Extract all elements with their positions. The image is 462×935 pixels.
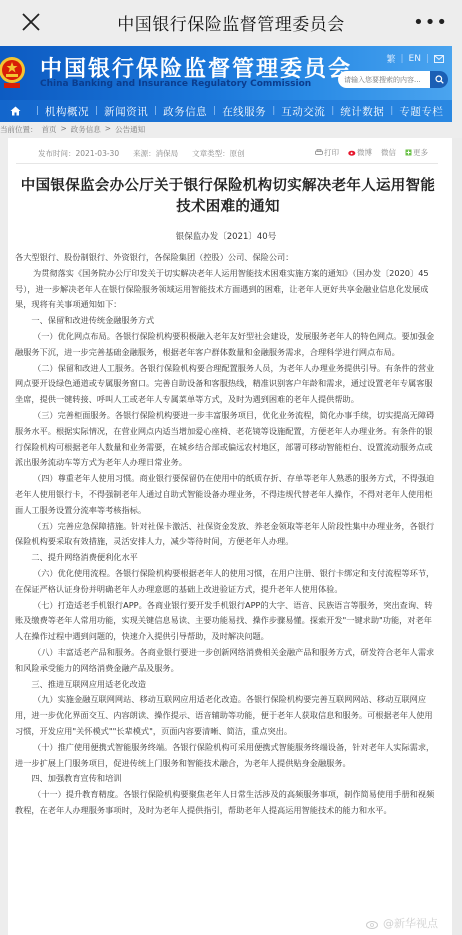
more-share-button[interactable]: 更多: [405, 147, 428, 158]
article-paragraph: 为贯彻落实《国务院办公厅印发关于切实解决老年人运用智能技术困难实施方案的通知》（…: [15, 266, 435, 313]
section-heading: 四、加强教育宣传和培训: [15, 771, 435, 787]
share-bar: 打印 微博 微信 更多: [315, 147, 428, 158]
breadcrumb-home[interactable]: 首页: [42, 124, 57, 135]
weibo-icon: [348, 149, 356, 156]
language-switcher: 繁 | EN |: [386, 52, 444, 65]
breadcrumb: 当前位置： 首页 > 政务信息 > 公告通知: [0, 124, 145, 135]
nav-item-online-services[interactable]: 在线服务: [222, 104, 266, 119]
article-paragraph: （五）完善应急保障措施。针对社保卡激活、社保资金发放、养老金领取等老年人阶段性集…: [15, 519, 435, 551]
nav-item-interaction[interactable]: 互动交流: [281, 104, 325, 119]
breadcrumb-government-info[interactable]: 政务信息: [71, 124, 101, 135]
nav-item-news[interactable]: 新闻资讯: [104, 104, 148, 119]
close-icon[interactable]: [18, 9, 44, 35]
section-heading: 二、提升网络消费便利化水平: [15, 550, 435, 566]
more-label: 更多: [413, 147, 428, 158]
site-name-en: China Banking and Insurance Regulatory C…: [40, 79, 311, 89]
article-panel: 发布时间：2021-03-30 来源：消保局 文章类型：原创 打印 微博 微信 …: [8, 138, 452, 935]
article-paragraph: （八）丰富适老产品和服务。各商业银行要进一步创新网络消费相关金融产品和服务方式，…: [15, 645, 435, 677]
weibo-label: 微博: [357, 147, 372, 158]
article-paragraph: （一）优化网点布局。各银行保险机构要积极融入老年友好型社会建设，发展服务老年人的…: [15, 329, 435, 361]
app-bar-title: 中国银行保险监督管理委员会: [117, 10, 345, 35]
lang-separator: |: [426, 54, 429, 64]
page-scrollbar[interactable]: [452, 138, 462, 935]
article-paragraph: （十一）提升教育精度。各银行保险机构要聚焦老年人日常生活涉及的高频服务事项，制作…: [15, 787, 435, 819]
search-icon: [435, 75, 444, 84]
mail-icon[interactable]: [434, 55, 444, 63]
weibo-watermark-icon: [366, 918, 380, 929]
breadcrumb-sep: >: [105, 124, 111, 135]
search-input[interactable]: [338, 71, 430, 88]
divider: [16, 163, 438, 164]
main-nav: | 机构概况 | 新闻资讯 | 政务信息 | 在线服务 | 互动交流 | 统计数…: [0, 100, 452, 122]
document-number: 银保监办发〔2021〕40号: [8, 230, 444, 242]
plus-icon: [405, 149, 412, 156]
nav-divider: |: [384, 106, 399, 116]
publish-date: 发布时间：2021-03-30: [38, 148, 119, 159]
article-paragraph: （九）实施金融互联网网站、移动互联网应用适老化改造。各银行保险机构要完善互联网网…: [15, 692, 435, 739]
breadcrumb-label: 当前位置：: [0, 124, 38, 135]
nav-divider: |: [89, 106, 104, 116]
site-search: [338, 71, 448, 88]
printer-icon: [315, 149, 323, 156]
watermark: @新华视点: [366, 915, 438, 931]
section-heading: 三、推进互联网应用适老化改造: [15, 677, 435, 693]
nav-home[interactable]: [0, 106, 30, 116]
nav-item-about[interactable]: 机构概况: [45, 104, 89, 119]
article-paragraph: （四）尊重老年人使用习惯。商业银行要保留仍在使用中的纸质存折、存单等老年人熟悉的…: [15, 471, 435, 518]
article-body: 各大型银行、股份制银行、外资银行，各保险集团（控股）公司、保险公司：为贯彻落实《…: [15, 250, 435, 819]
nav-divider: |: [30, 106, 45, 116]
site-header: 中国银行保险监督管理委员会 China Banking and Insuranc…: [0, 46, 452, 100]
article-paragraph: （三）完善柜面服务。各银行保险机构要进一步丰富服务项目，优化业务流程，简化办事手…: [15, 408, 435, 471]
nav-divider: |: [148, 106, 163, 116]
nav-divider: |: [266, 106, 281, 116]
more-options-icon[interactable]: •••: [413, 12, 448, 33]
nav-item-topics[interactable]: 专题专栏: [399, 104, 443, 119]
article-paragraph: 各大型银行、股份制银行、外资银行，各保险集团（控股）公司、保险公司：: [15, 250, 435, 266]
weibo-share-button[interactable]: 微博: [348, 147, 372, 158]
breadcrumb-sep: >: [61, 124, 67, 135]
breadcrumb-notices[interactable]: 公告通知: [115, 124, 145, 135]
search-button[interactable]: [430, 71, 448, 88]
article-paragraph: （十）推广使用便携式智能服务终端。各银行保险机构可采用便携式智能服务终端设备，针…: [15, 740, 435, 772]
lang-separator: |: [400, 54, 403, 64]
article-meta: 发布时间：2021-03-30 来源：消保局 文章类型：原创: [38, 148, 245, 159]
print-button[interactable]: 打印: [315, 147, 339, 158]
wechat-share-button[interactable]: 微信: [381, 147, 396, 158]
home-icon: [10, 106, 21, 116]
section-heading: 一、保留和改进传统金融服务方式: [15, 313, 435, 329]
nav-item-statistics[interactable]: 统计数据: [340, 104, 384, 119]
article-paragraph: （二）保留和改进人工服务。各银行保险机构要合理配置服务人员，为老年人办理业务提供…: [15, 361, 435, 408]
article-type: 文章类型：原创: [192, 148, 245, 159]
nav-divider: |: [207, 106, 222, 116]
article-title: 中国银保监会办公厅关于银行保险机构切实解决老年人运用智能技术困难的通知: [18, 176, 438, 218]
lang-traditional-link[interactable]: 繁: [386, 52, 395, 65]
article-source: 来源：消保局: [133, 148, 178, 159]
app-bar: 中国银行保险监督管理委员会 •••: [0, 0, 462, 45]
nav-divider: |: [325, 106, 340, 116]
watermark-text: @新华视点: [383, 915, 438, 931]
nav-item-government-info[interactable]: 政务信息: [163, 104, 207, 119]
print-label: 打印: [324, 147, 339, 158]
article-paragraph: （六）优化使用流程。各银行保险机构要根据老年人的使用习惯，在用户注册、银行卡绑定…: [15, 566, 435, 598]
national-emblem-icon: [0, 52, 30, 92]
lang-en-link[interactable]: EN: [409, 54, 421, 64]
article-paragraph: （七）打造适老手机银行APP。各商业银行要开发手机银行APP的大字、语音、民族语…: [15, 598, 435, 645]
